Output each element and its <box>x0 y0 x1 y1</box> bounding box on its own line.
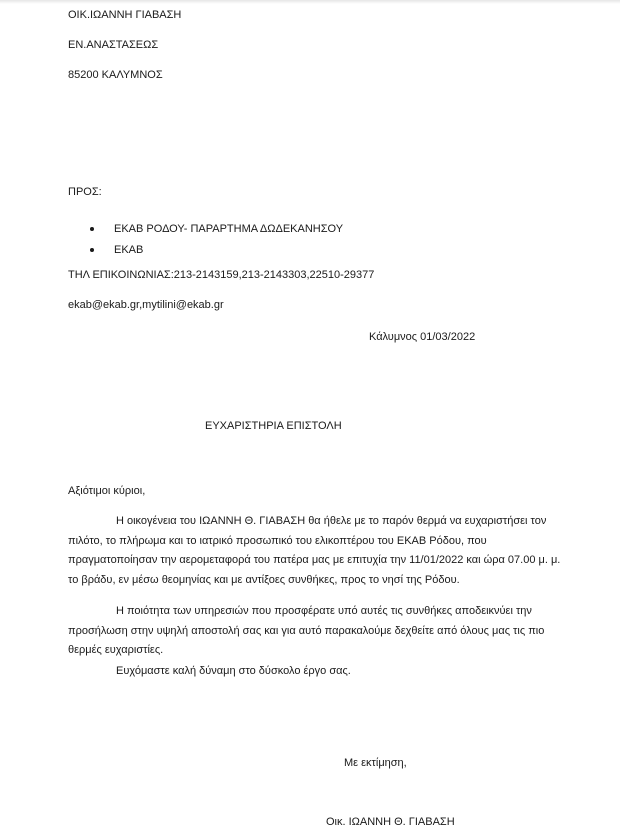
recipient-item-text: ΕΚΑΒ ΡΟΔΟΥ- ΠΑΡΑΡΤΗΜΑ ΔΩΔΕΚΑΝΗΣΟΥ <box>114 223 343 235</box>
greeting: Αξιότιμοι κύριοι, <box>68 484 145 499</box>
recipient-item-text: ΕΚΑΒ <box>114 244 143 256</box>
recipient-emails: ekab@ekab.gr,mytilini@ekab.gr <box>68 298 224 313</box>
recipient-label: ΠΡΟΣ: <box>68 185 102 200</box>
recipient-list: ΕΚΑΒ ΡΟΔΟΥ- ΠΑΡΑΡΤΗΜΑ ΔΩΔΕΚΑΝΗΣΟΥ ΕΚΑΒ <box>88 219 343 261</box>
page-top-edge <box>0 0 620 4</box>
letter-title: ΕΥΧΑΡΙΣΤΗΡΙΑ ΕΠΙΣΤΟΛΗ <box>205 419 342 434</box>
sender-name: ΟΙΚ.ΙΩΑΝΝΗ ΓΙΑΒΑΣΗ <box>68 8 181 23</box>
body-paragraph-2: Η ποιότητα των υπηρεσιών που προσφέρατε … <box>68 602 568 661</box>
closing: Με εκτίμηση, <box>344 756 407 771</box>
place-date: Κάλυμνος 01/03/2022 <box>369 330 475 345</box>
body-paragraph-3: Ευχόμαστε καλή δύναμη στο δύσκολο έργο σ… <box>68 662 568 682</box>
recipient-item: ΕΚΑΒ <box>88 240 343 261</box>
recipient-phones: ΤΗΛ ΕΠΙΚΟΙΝΩΝΙΑΣ:213-2143159,213-2143303… <box>68 268 374 283</box>
body-paragraph-1: Η οικογένεια του ΙΩΑΝΝΗ Θ. ΓΙΑΒΑΣΗ θα ήθ… <box>68 512 568 590</box>
signature: Οικ. ΙΩΑΝΝΗ Θ. ΓΙΑΒΑΣΗ <box>326 815 455 830</box>
bullet-icon <box>90 248 94 252</box>
sender-city: 85200 ΚΑΛΥΜΝΟΣ <box>68 68 163 83</box>
recipient-item: ΕΚΑΒ ΡΟΔΟΥ- ΠΑΡΑΡΤΗΜΑ ΔΩΔΕΚΑΝΗΣΟΥ <box>88 219 343 240</box>
bullet-icon <box>90 227 94 231</box>
sender-street: ΕΝ.ΑΝΑΣΤΑΣΕΩΣ <box>68 38 158 53</box>
